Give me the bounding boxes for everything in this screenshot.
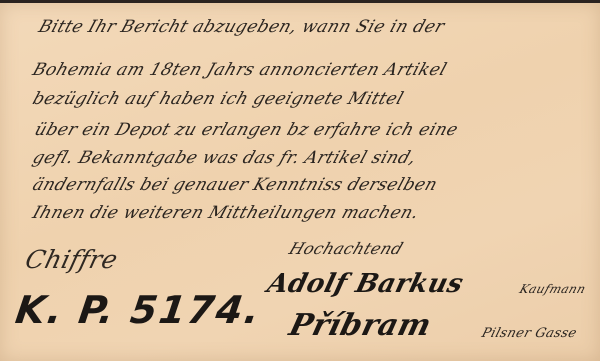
letter-line-1: Bitte Ihr Bericht abzugeben, wann Sie in… <box>36 17 447 37</box>
signature-street: Pilsner Gasse <box>480 326 579 341</box>
cipher-label: Chiffre <box>22 245 121 274</box>
letter-line-6: ändernfalls bei genauer Kenntniss dersel… <box>30 175 440 195</box>
cipher-code: K. P. 5174. <box>13 288 264 332</box>
letter-line-5: gefl. Bekanntgabe was das fr. Artikel si… <box>30 148 419 168</box>
letter-line-2: Bohemia am 18ten Jahrs annoncierten Arti… <box>30 60 449 80</box>
letter-line-4: über ein Depot zu erlangen bz erfahre ic… <box>32 120 461 140</box>
letter-line-7: Ihnen die weiteren Mittheilungen machen. <box>30 203 422 223</box>
signature-occupation: Kaufmann <box>518 282 588 296</box>
signature-name: Adolf Barkus <box>264 269 466 299</box>
closing-salutation: Hochachtend <box>287 239 406 258</box>
signature-town: Příbram <box>286 308 435 343</box>
letter-line-3: bezüglich auf haben ich geeignete Mittel <box>30 89 406 109</box>
postcard: Bitte Ihr Bericht abzugeben, wann Sie in… <box>0 3 600 361</box>
